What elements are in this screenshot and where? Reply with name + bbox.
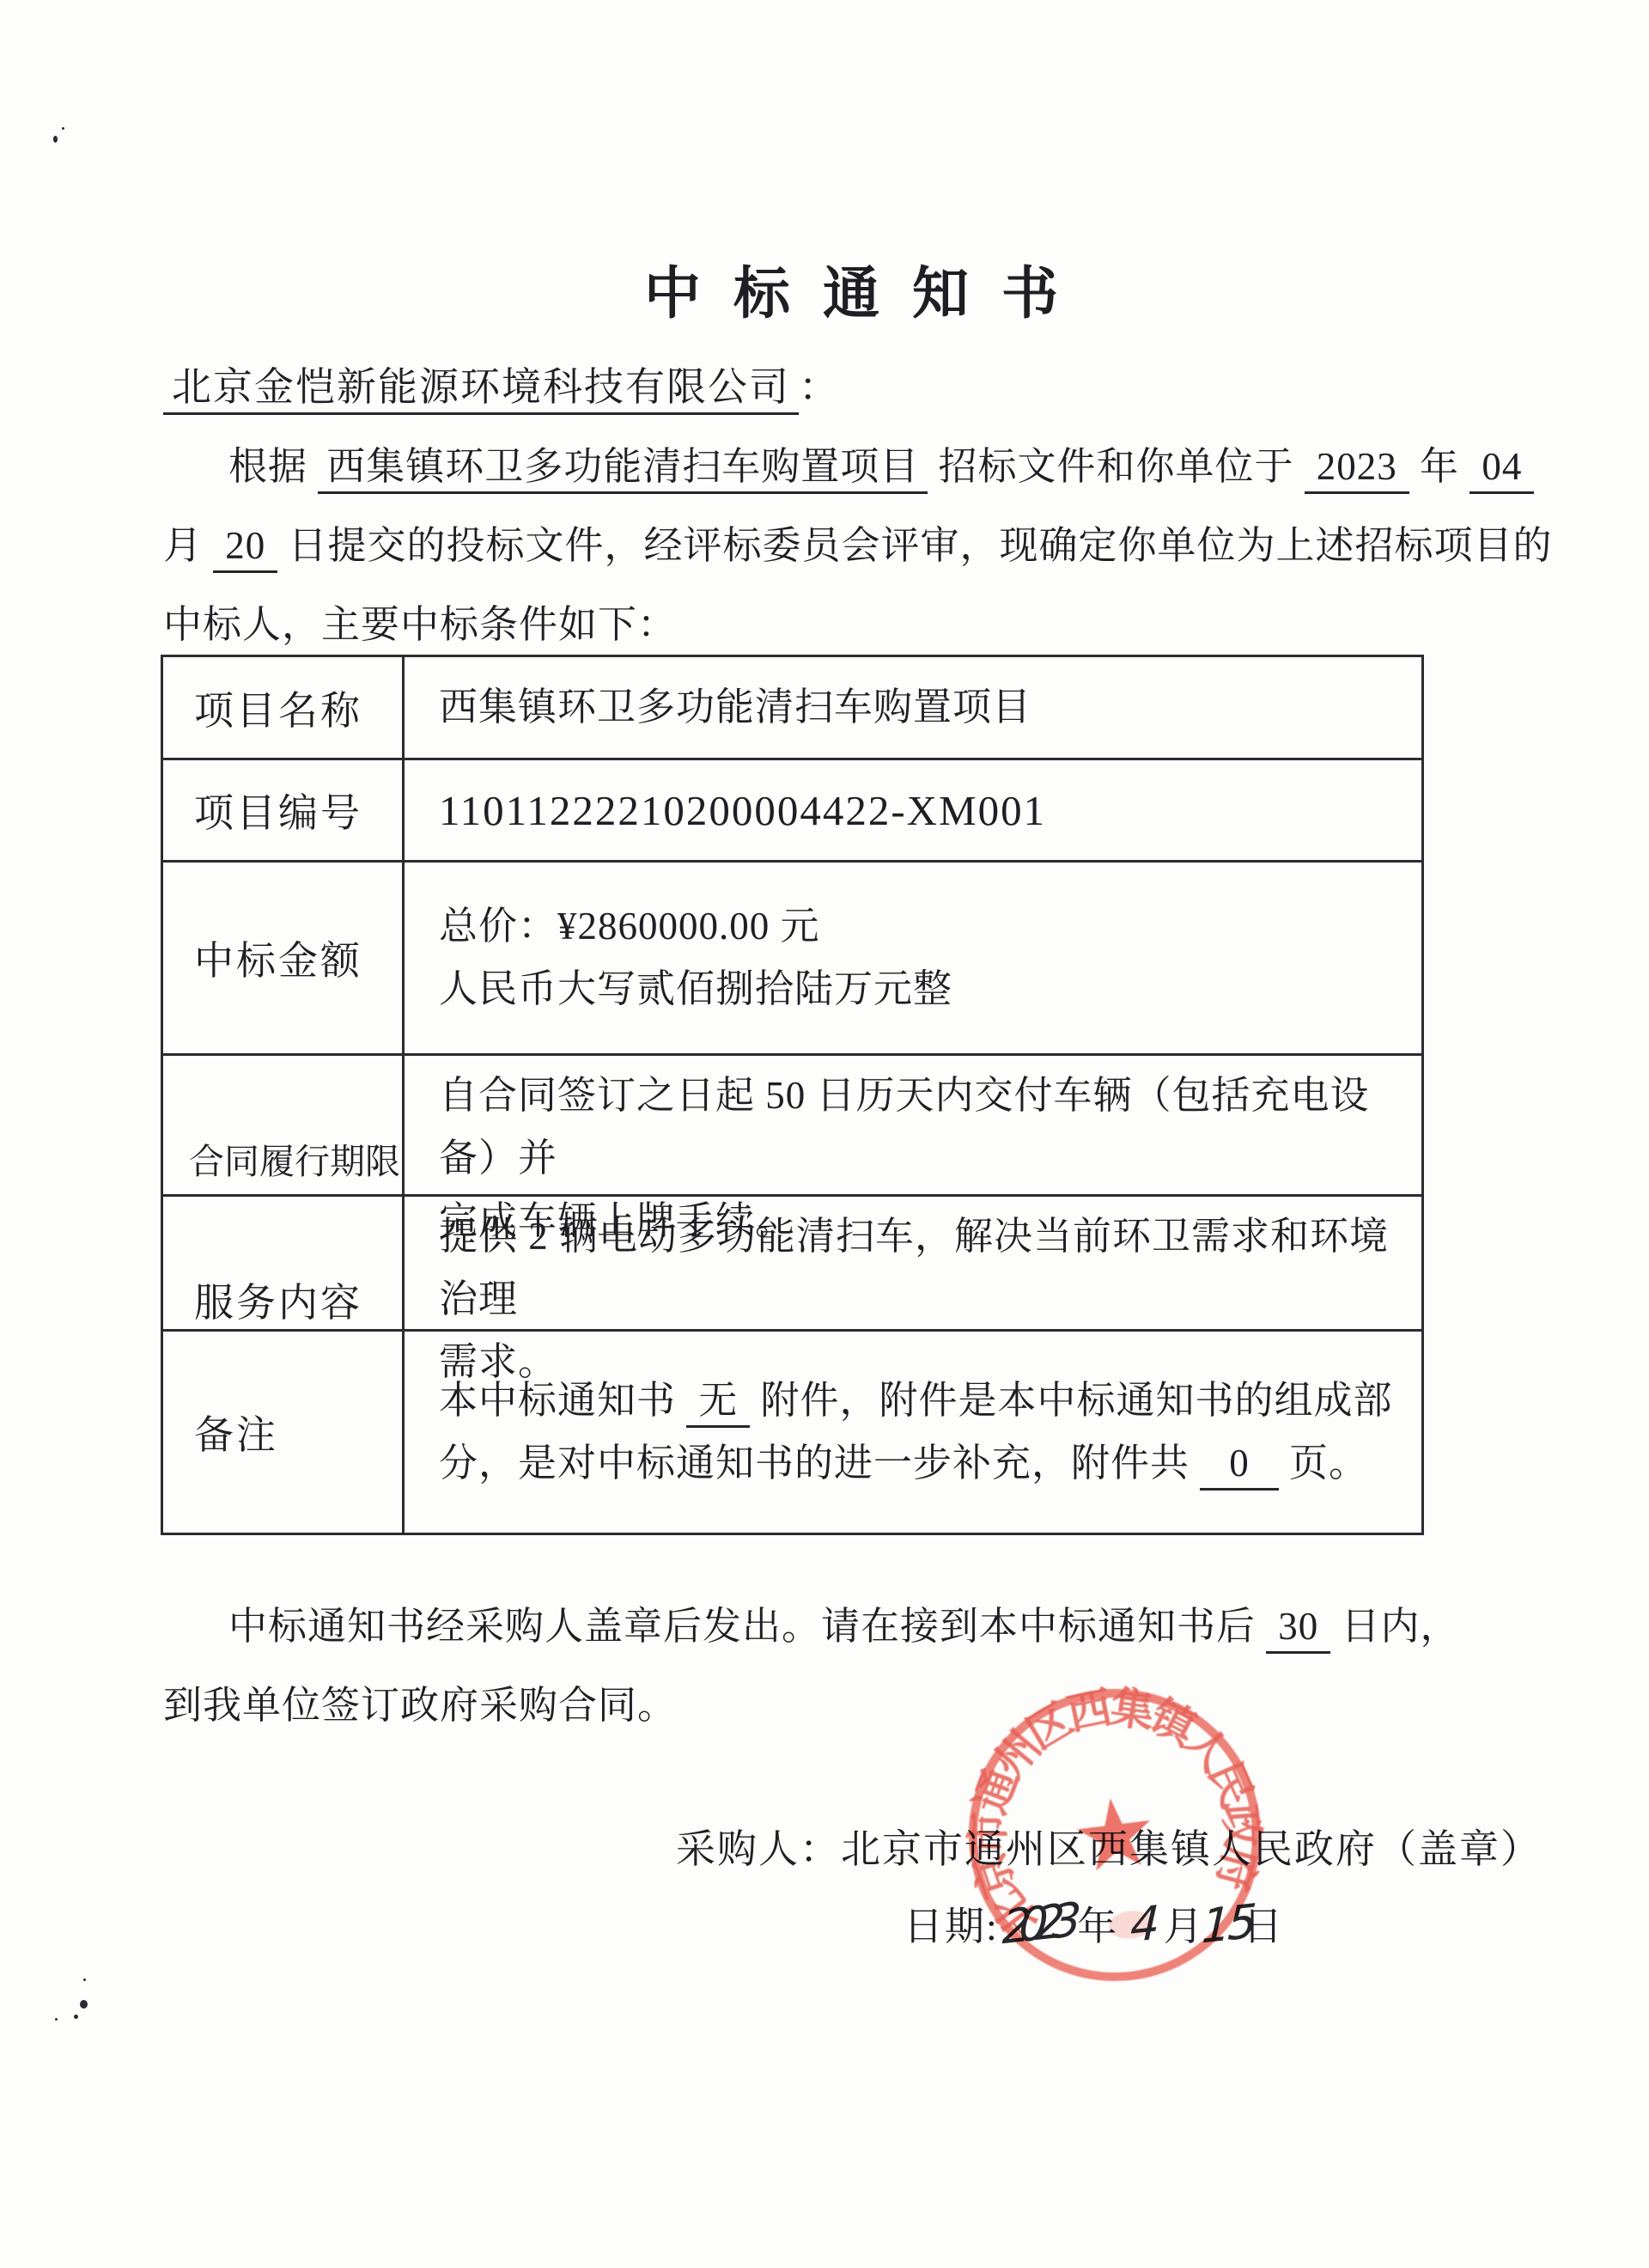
remarks-line-2: 分，是对中标通知书的进一步补充，附件共 0 页。 [439, 1432, 1397, 1495]
award-conditions-table: 项目名称 西集镇环卫多功能清扫车购置项目 项目编号 11011222210200… [161, 655, 1424, 1535]
scan-speck [53, 136, 58, 143]
bid-day-underlined: 20 [213, 524, 277, 573]
seal-star-icon: ★ [1066, 1777, 1165, 1893]
table-row-remarks: 备注 本中标通知书 无 附件，附件是本中标通知书的组成部 分，是对中标通知书的进… [163, 1329, 1421, 1533]
intro-text: 月 [163, 524, 203, 567]
amount-words-line: 人民币大写贰佰捌拾陆万元整 [439, 958, 1397, 1021]
intro-text: 日提交的投标文件，经评标委员会评审，现确定你单位为上述招标项目的 [289, 524, 1553, 567]
table-row-contract-period: 合同履行期限 自合同签订之日起 50 日历天内交付车辆（包括充电设备）并 完成车… [163, 1053, 1421, 1194]
project-name-value: 西集镇环卫多功能清扫车购置项目 [439, 676, 1397, 739]
service-line-1: 提供 2 辆电动多功能清扫车，解决当前环卫需求和环境治理 [439, 1205, 1397, 1331]
bid-month-underlined: 04 [1469, 445, 1534, 494]
table-row-service-content: 服务内容 提供 2 辆电动多功能清扫车，解决当前环卫需求和环境治理 需求。 [163, 1194, 1421, 1329]
table-row-project-number: 项目编号 11011222210200004422-XM001 [163, 758, 1421, 860]
table-row-award-amount: 中标金额 总价：¥2860000.00 元 人民币大写贰佰捌拾陆万元整 [163, 860, 1421, 1053]
remarks-text: 本中标通知书 [439, 1379, 676, 1422]
scan-speck [83, 1978, 86, 1981]
intro-text: 年 [1420, 445, 1459, 488]
intro-line-1: 根据 西集镇环卫多功能清扫车购置项目 招标文件和你单位于 2023 年 04 [163, 435, 1534, 491]
closing-text: 日内， [1342, 1605, 1460, 1648]
sign-days-underlined: 30 [1266, 1605, 1330, 1654]
row-label: 备注 [163, 1332, 405, 1533]
row-value: 11011222210200004422-XM001 [405, 760, 1421, 860]
addressee-line: 北京金恺新能源环境科技有限公司： [163, 356, 840, 412]
scan-speck [55, 2018, 58, 2021]
row-label: 项目编号 [163, 760, 405, 860]
amount-total-line: 总价：¥2860000.00 元 [439, 895, 1397, 958]
row-value: 本中标通知书 无 附件，附件是本中标通知书的组成部 分，是对中标通知书的进一步补… [405, 1332, 1421, 1533]
row-label: 项目名称 [163, 657, 405, 758]
remarks-text: 分，是对中标通知书的进一步补充，附件共 [439, 1442, 1190, 1485]
intro-text: 根据 [228, 445, 307, 488]
row-label: 中标金额 [163, 863, 405, 1053]
closing-text: 中标通知书经采购人盖章后发出。请在接到本中标通知书后 [228, 1605, 1256, 1648]
scanned-award-notice-page: 中标通知书 北京金恺新能源环境科技有限公司： 根据 西集镇环卫多功能清扫车购置项… [0, 0, 1649, 2268]
remarks-text: 页。 [1289, 1442, 1368, 1485]
scan-speck [62, 127, 64, 130]
intro-text: 招标文件和你单位于 [939, 445, 1294, 488]
closing-line-2: 到我单位签订政府采购合同。 [163, 1674, 677, 1729]
official-seal-stamp: 北京市通州区西集镇人民政府 ★ [933, 1653, 1296, 2016]
attachment-none-underlined: 无 [686, 1379, 750, 1428]
attachment-count-underlined: 0 [1200, 1442, 1279, 1491]
scan-speck [80, 2000, 88, 2009]
period-line-1: 自合同签订之日起 50 日历天内交付车辆（包括充电设备）并 [439, 1064, 1397, 1190]
project-name-underlined: 西集镇环卫多功能清扫车购置项目 [318, 445, 928, 494]
closing-line-1: 中标通知书经采购人盖章后发出。请在接到本中标通知书后 30 日内， [163, 1594, 1460, 1650]
remarks-text: 附件，附件是本中标通知书的组成部 [761, 1379, 1393, 1422]
row-value: 西集镇环卫多功能清扫车购置项目 [405, 657, 1421, 758]
seal-bottom-smudge [1107, 1908, 1155, 1941]
remarks-line-1: 本中标通知书 无 附件，附件是本中标通知书的组成部 [439, 1369, 1397, 1432]
row-value: 总价：¥2860000.00 元 人民币大写贰佰捌拾陆万元整 [405, 863, 1421, 1053]
project-number-value: 11011222210200004422-XM001 [439, 779, 1397, 842]
page-title: 中标通知书 [0, 247, 1649, 329]
intro-line-3: 中标人，主要中标条件如下： [163, 593, 677, 649]
scan-speck [74, 2015, 78, 2019]
intro-line-2: 月 20 日提交的投标文件，经评标委员会评审，现确定你单位为上述招标项目的 [163, 514, 1553, 570]
bid-year-underlined: 2023 [1305, 445, 1409, 494]
addressee-colon: ： [799, 365, 840, 409]
table-row-project-name: 项目名称 西集镇环卫多功能清扫车购置项目 [163, 657, 1421, 758]
addressee-company: 北京金恺新能源环境科技有限公司 [163, 365, 799, 415]
